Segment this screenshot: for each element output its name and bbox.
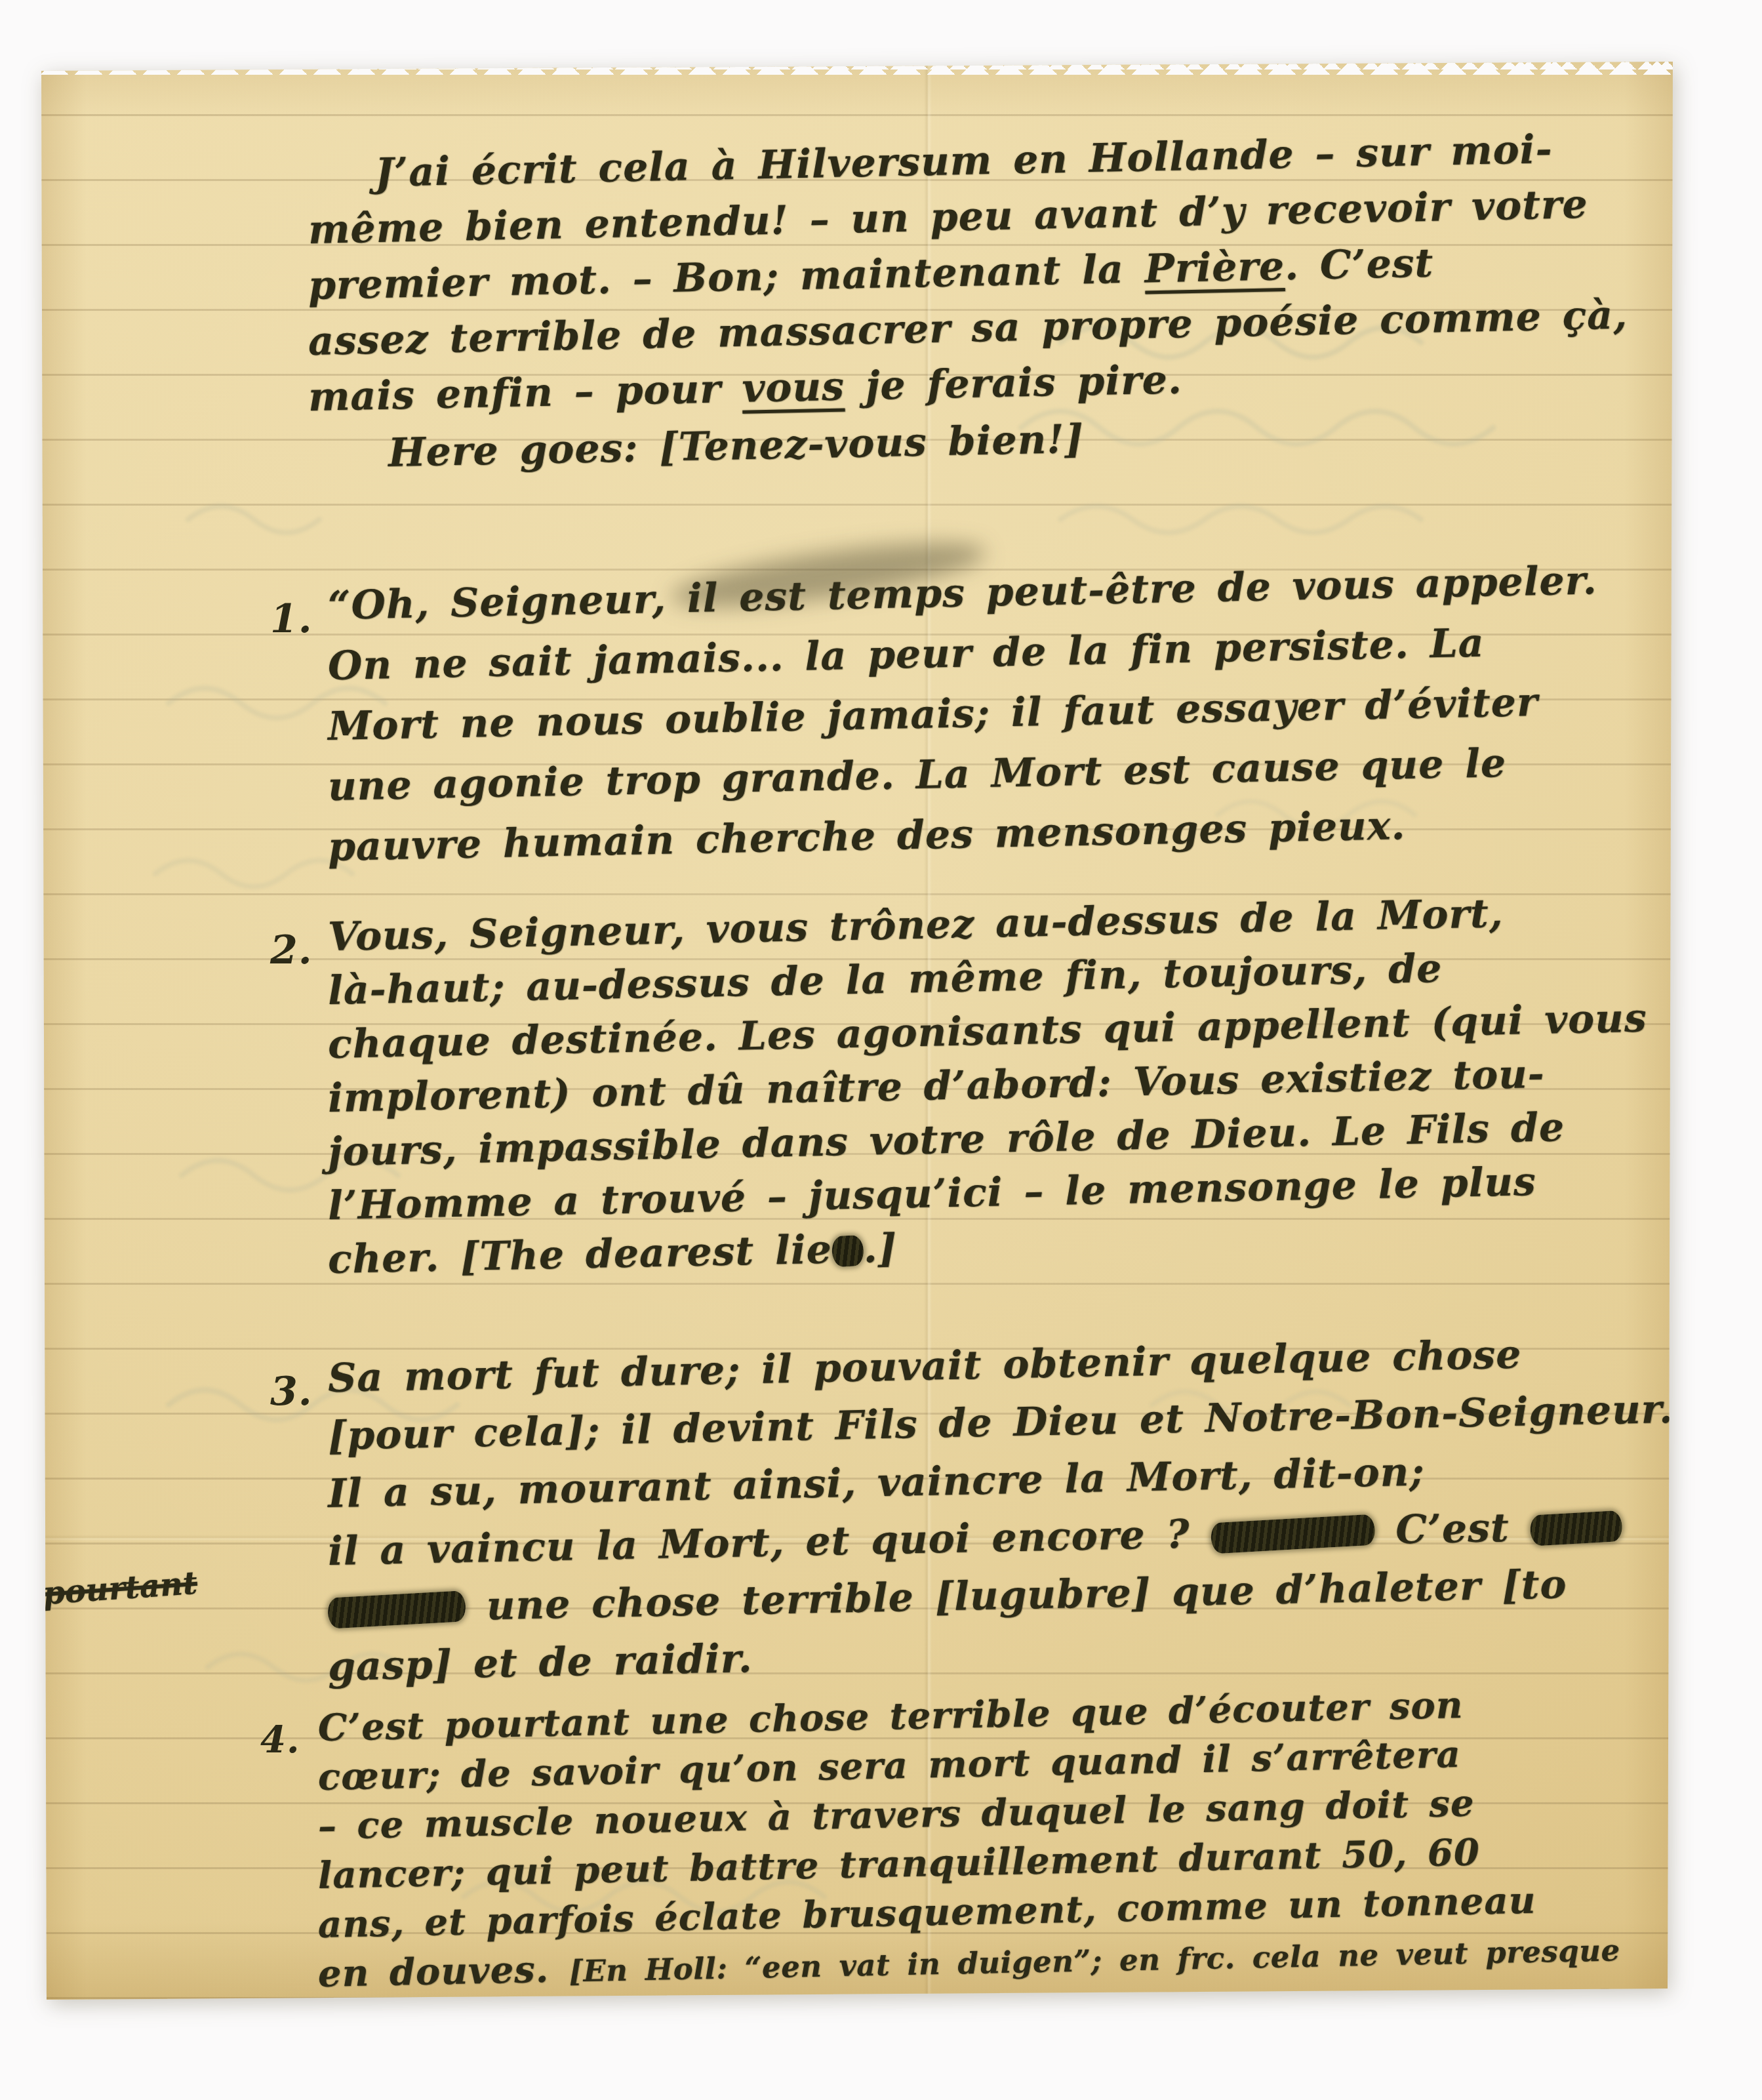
text-segment: je ferais pire. — [844, 357, 1182, 409]
text-segment: C’est — [1374, 1504, 1531, 1554]
ink-blot — [1210, 1514, 1375, 1554]
text-segment: mais enfin – pour — [308, 366, 742, 420]
smudged-text: il est temps — [687, 570, 965, 621]
stanza-4: 4. C’est pourtant une chose terrible que… — [318, 1704, 1660, 2052]
scan-shadow-wrapper: J’ai écrit cela à Hilversum en Hollande … — [0, 0, 1762, 2100]
text-segment: cher. [The dearest lie — [327, 1227, 832, 1283]
underlined-word: Prière — [1144, 243, 1285, 292]
letter-page: J’ai écrit cela à Hilversum en Hollande … — [37, 60, 1673, 2000]
text-segment: Here goes: [Tenez-vous bien!] — [388, 416, 1084, 476]
text-segment: .] — [863, 1226, 898, 1272]
stanza-1: 1. “Oh, Seigneur, il est temps peut-être… — [328, 576, 1672, 878]
ink-blot — [327, 1590, 466, 1628]
stanza-2: 2. Vous, Seigneur, vous trônez au-dessus… — [328, 910, 1672, 1287]
torn-edge — [37, 60, 1673, 77]
scanner-background: { "document": { "type": "handwritten-let… — [0, 0, 1762, 2100]
ink-blot — [1529, 1510, 1622, 1546]
text-segment: en douves. — [317, 1947, 569, 1996]
text-segment: “Oh, Seigneur, — [327, 576, 687, 629]
stanza-3: 3. Sa mort fut dure; il pouvait obtenir … — [328, 1350, 1672, 1696]
text-segment: gasp] et de raidir. — [327, 1636, 753, 1690]
margin-insertion-pourtant: pourtant — [41, 1565, 198, 1612]
stanza-number: 2. — [270, 923, 313, 977]
stanza-number: 3. — [270, 1363, 313, 1421]
intro-paragraph: J’ai écrit cela à Hilversum en Hollande … — [308, 147, 1672, 481]
text-segment: rien dire.] — [1432, 1984, 1611, 2022]
underlined-word: vous — [742, 364, 845, 412]
stanza-number: 4. — [260, 1716, 300, 1765]
text-segment: . C’est — [1284, 241, 1433, 290]
stanza-number: 1. — [270, 589, 313, 649]
ink-blot — [831, 1235, 864, 1267]
text-segment: peut-être de vous appeler. — [965, 557, 1597, 616]
